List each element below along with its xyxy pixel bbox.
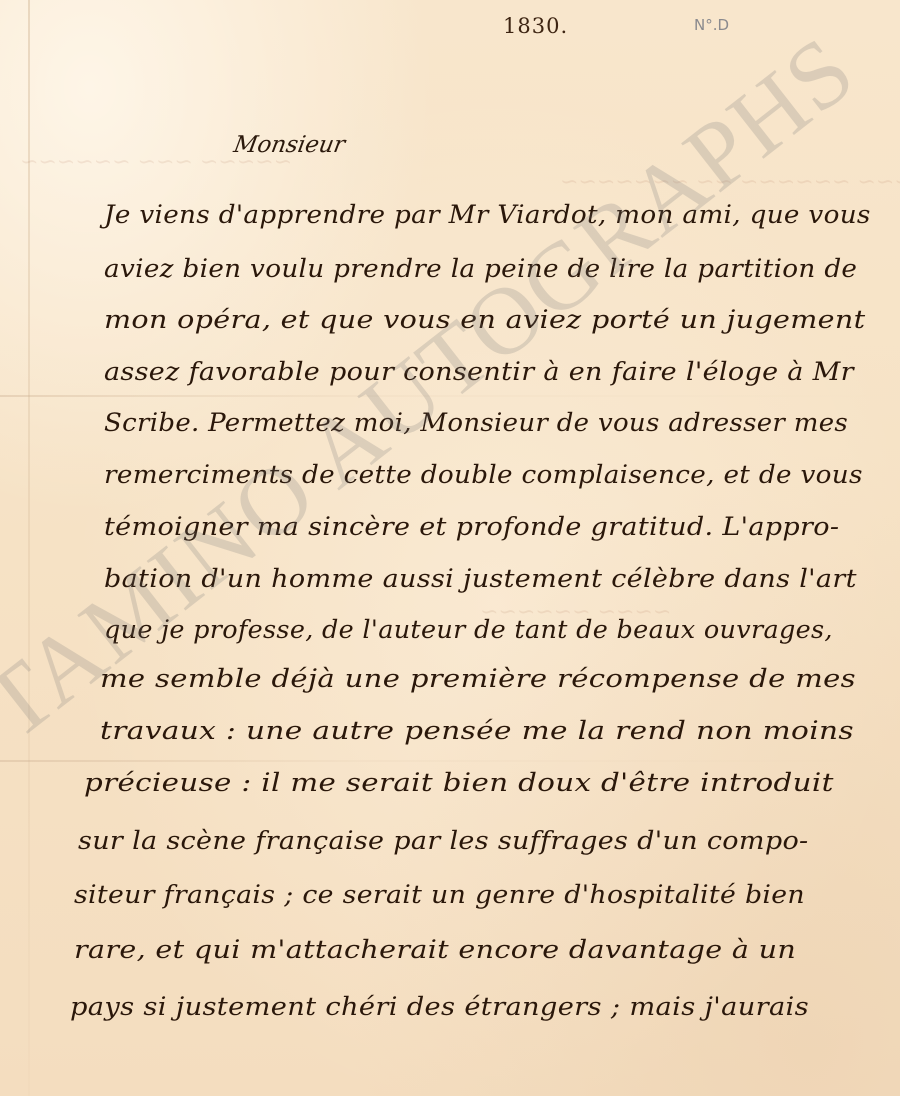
body-line: me semble déjà une première récompense d… [100,664,856,694]
body-line: précieuse : il me serait bien doux d'êtr… [84,768,834,798]
fold-line [0,760,900,762]
salutation: Monsieur [232,132,347,158]
body-line: pays si justement chéri des étrangers ; … [70,992,809,1022]
body-line: rare, et qui m'attacherait encore davant… [74,935,796,965]
watermark: TAMINO AUTOGRAPHS [0,13,875,761]
body-line: que je professe, de l'auteur de tant de … [104,615,833,645]
body-line: travaux : une autre pensée me la rend no… [100,716,854,746]
pencil-reference-mark: N°.D [694,16,729,34]
letter-year: 1830. [503,14,568,38]
body-line: sur la scène française par les suffrages… [78,826,809,856]
body-line: Je viens d'apprendre par Mr Viardot, mon… [104,200,871,230]
body-line: siteur français ; ce serait un genre d'h… [74,880,805,910]
letter-page: ~~~ ~~~~~~ ~~ ~~~~~~~ ~~~~~ ~~~ ~~~~~~ ~… [0,0,900,1096]
